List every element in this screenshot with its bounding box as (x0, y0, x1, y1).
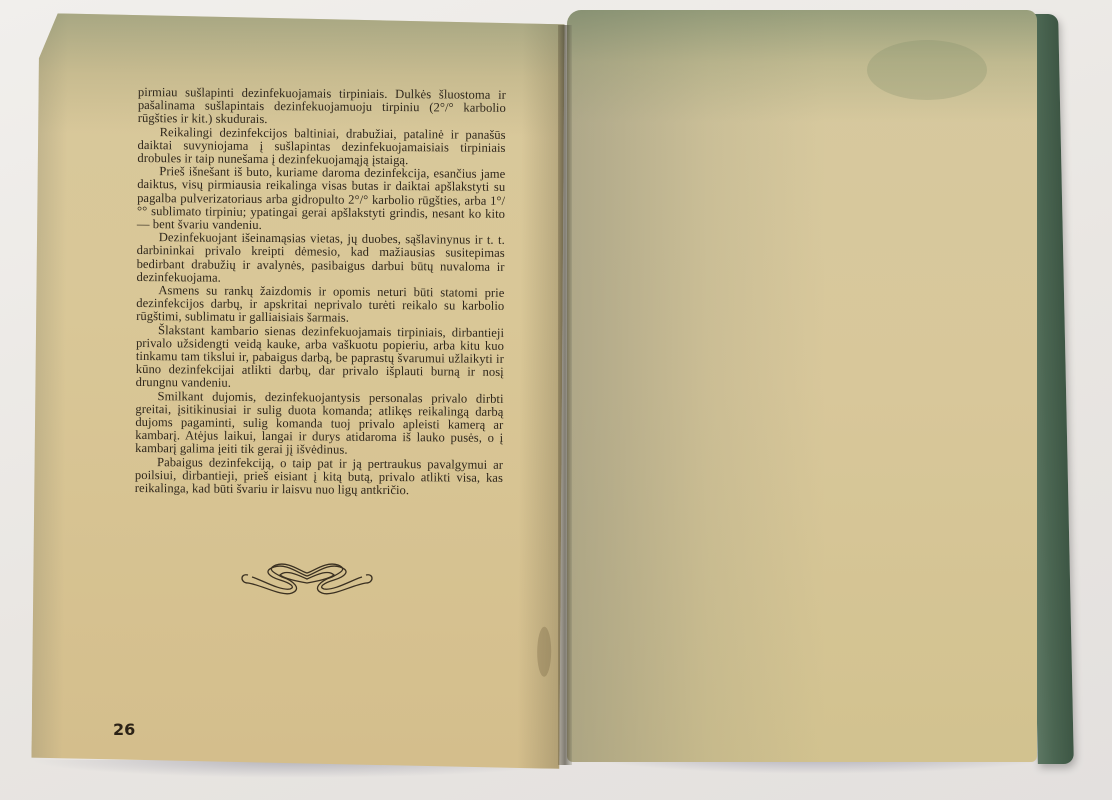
page-number: 26 (113, 720, 135, 739)
paragraph: Smilkant dujomis, dezinfekuojantysis per… (135, 390, 504, 459)
paragraph: pirmiau sušlapinti dezinfekuojamais tirp… (138, 86, 506, 128)
book-gutter (558, 25, 572, 765)
paragraph: Prieš išnešant iš buto, kuriame daroma d… (137, 165, 506, 234)
paragraph: Pabaigus dezinfekciją, o taip pat ir ją … (135, 456, 503, 498)
paragraph: Dezinfekuojant išeinamąsias vietas, jų d… (136, 231, 504, 287)
left-page-text: pirmiau sušlapinti dezinfekuojamais tirp… (135, 86, 506, 498)
paragraph: Reikalingi dezinfekcijos baltiniai, drab… (137, 126, 505, 168)
ornament-flourish-icon (236, 553, 378, 605)
paragraph: Asmens su rankų žaizdomis ir opomis netu… (136, 284, 504, 326)
paper-stain (867, 40, 987, 100)
paper-stain (537, 627, 551, 677)
paragraph: Šlakstant kambario sienas dezinfekuojama… (136, 324, 505, 393)
right-page-blank (567, 10, 1037, 762)
